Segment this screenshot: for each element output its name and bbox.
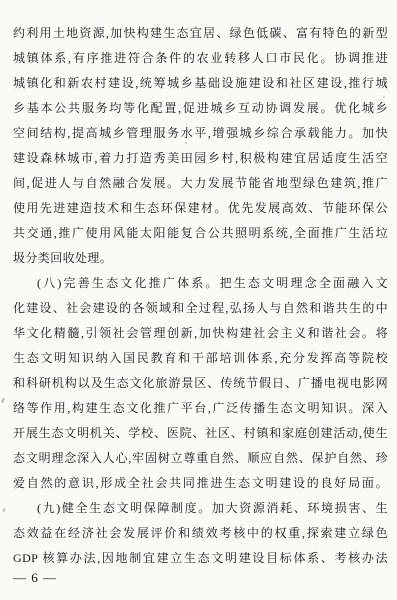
text-line: 乡基本公共服务均等化配置,促进城乡互动协调发展。优化城乡: [13, 96, 388, 121]
text-line: 化建设、社会建设的各领域和全过程,弘扬人与自然和谐共生的中: [13, 296, 388, 321]
scan-speck: [1, 398, 5, 403]
section-9-first-line: (九)健全生态文明保障制度。加大资源消耗、环境损害、生: [13, 496, 388, 521]
body-text: 约利用土地资源,加快构建生态宜居、绿色低碳、富有特色的新型 城镇体系,有序推进符…: [13, 21, 388, 571]
text-line: 圾分类回收处理。: [13, 246, 388, 271]
text-line: 建设森林城市,着力打造秀美田园乡村,积极构建宜居适度生活空: [13, 146, 388, 171]
text-line: 共交通,推广使用风能太阳能复合公共照明系统,全面推广生活垃: [13, 221, 388, 246]
text-line: 开展生态文明机关、学校、医院、社区、村镇和家庭创建活动,使生: [13, 421, 388, 446]
section-8-first-line: (八)完善生态文化推广体系。把生态文明理念全面融入文: [13, 271, 388, 296]
text-line: 使用先进建造技术和生态环保建材。优先发展高效、节能环保公: [13, 196, 388, 221]
text-line: 爱自然的意识,形成全社会共同推进生态文明建设的良好局面。: [13, 471, 388, 496]
scan-speck: [298, 57, 300, 59]
text-line: 和科研机构以及生态文化旅游景区、传统节假日、广播电视电影网: [13, 371, 388, 396]
text-line: 城镇化和新农村建设,统筹城乡基础设施建设和社区建设,推行城: [13, 71, 388, 96]
scan-speck: [3, 508, 6, 512]
scanned-document-page: 约利用土地资源,加快构建生态宜居、绿色低碳、富有特色的新型 城镇体系,有序推进符…: [0, 0, 397, 600]
scan-speck: [185, 142, 187, 144]
text-line: 约利用土地资源,加快构建生态宜居、绿色低碳、富有特色的新型: [13, 21, 388, 46]
page-number: — 6 —: [13, 569, 57, 587]
text-line: 态文明理念深入人心,牢固树立尊重自然、顺应自然、保护自然、珍: [13, 446, 388, 471]
text-line: 城镇体系,有序推进符合条件的农业转移人口市民化。协调推进: [13, 46, 388, 71]
text-line: 间,促进人与自然融合发展。大力发展节能省地型绿色建筑,推广: [13, 171, 388, 196]
scan-speck: [383, 96, 385, 98]
text-line: 生态文明知识纳入国民教育和干部培训体系,充分发挥高等院校: [13, 346, 388, 371]
scan-speck: [337, 109, 339, 111]
text-line: 华文化精髓,引领社会管理创新,加快构建社会主义和谐社会。将: [13, 321, 388, 346]
text-line: 态效益在经济社会发展评价和绩效考核中的权重,探索建立绿色: [13, 521, 388, 546]
text-line: 空间结构,提高城乡管理服务水平,增强城乡综合承载能力。加快: [13, 121, 388, 146]
text-line: 络等作用,构建生态文化推广平台,广泛传播生态文明知识。深入: [13, 396, 388, 421]
text-line: GDP 核算办法,因地制宜建立生态文明建设目标体系、考核办法: [13, 546, 388, 571]
